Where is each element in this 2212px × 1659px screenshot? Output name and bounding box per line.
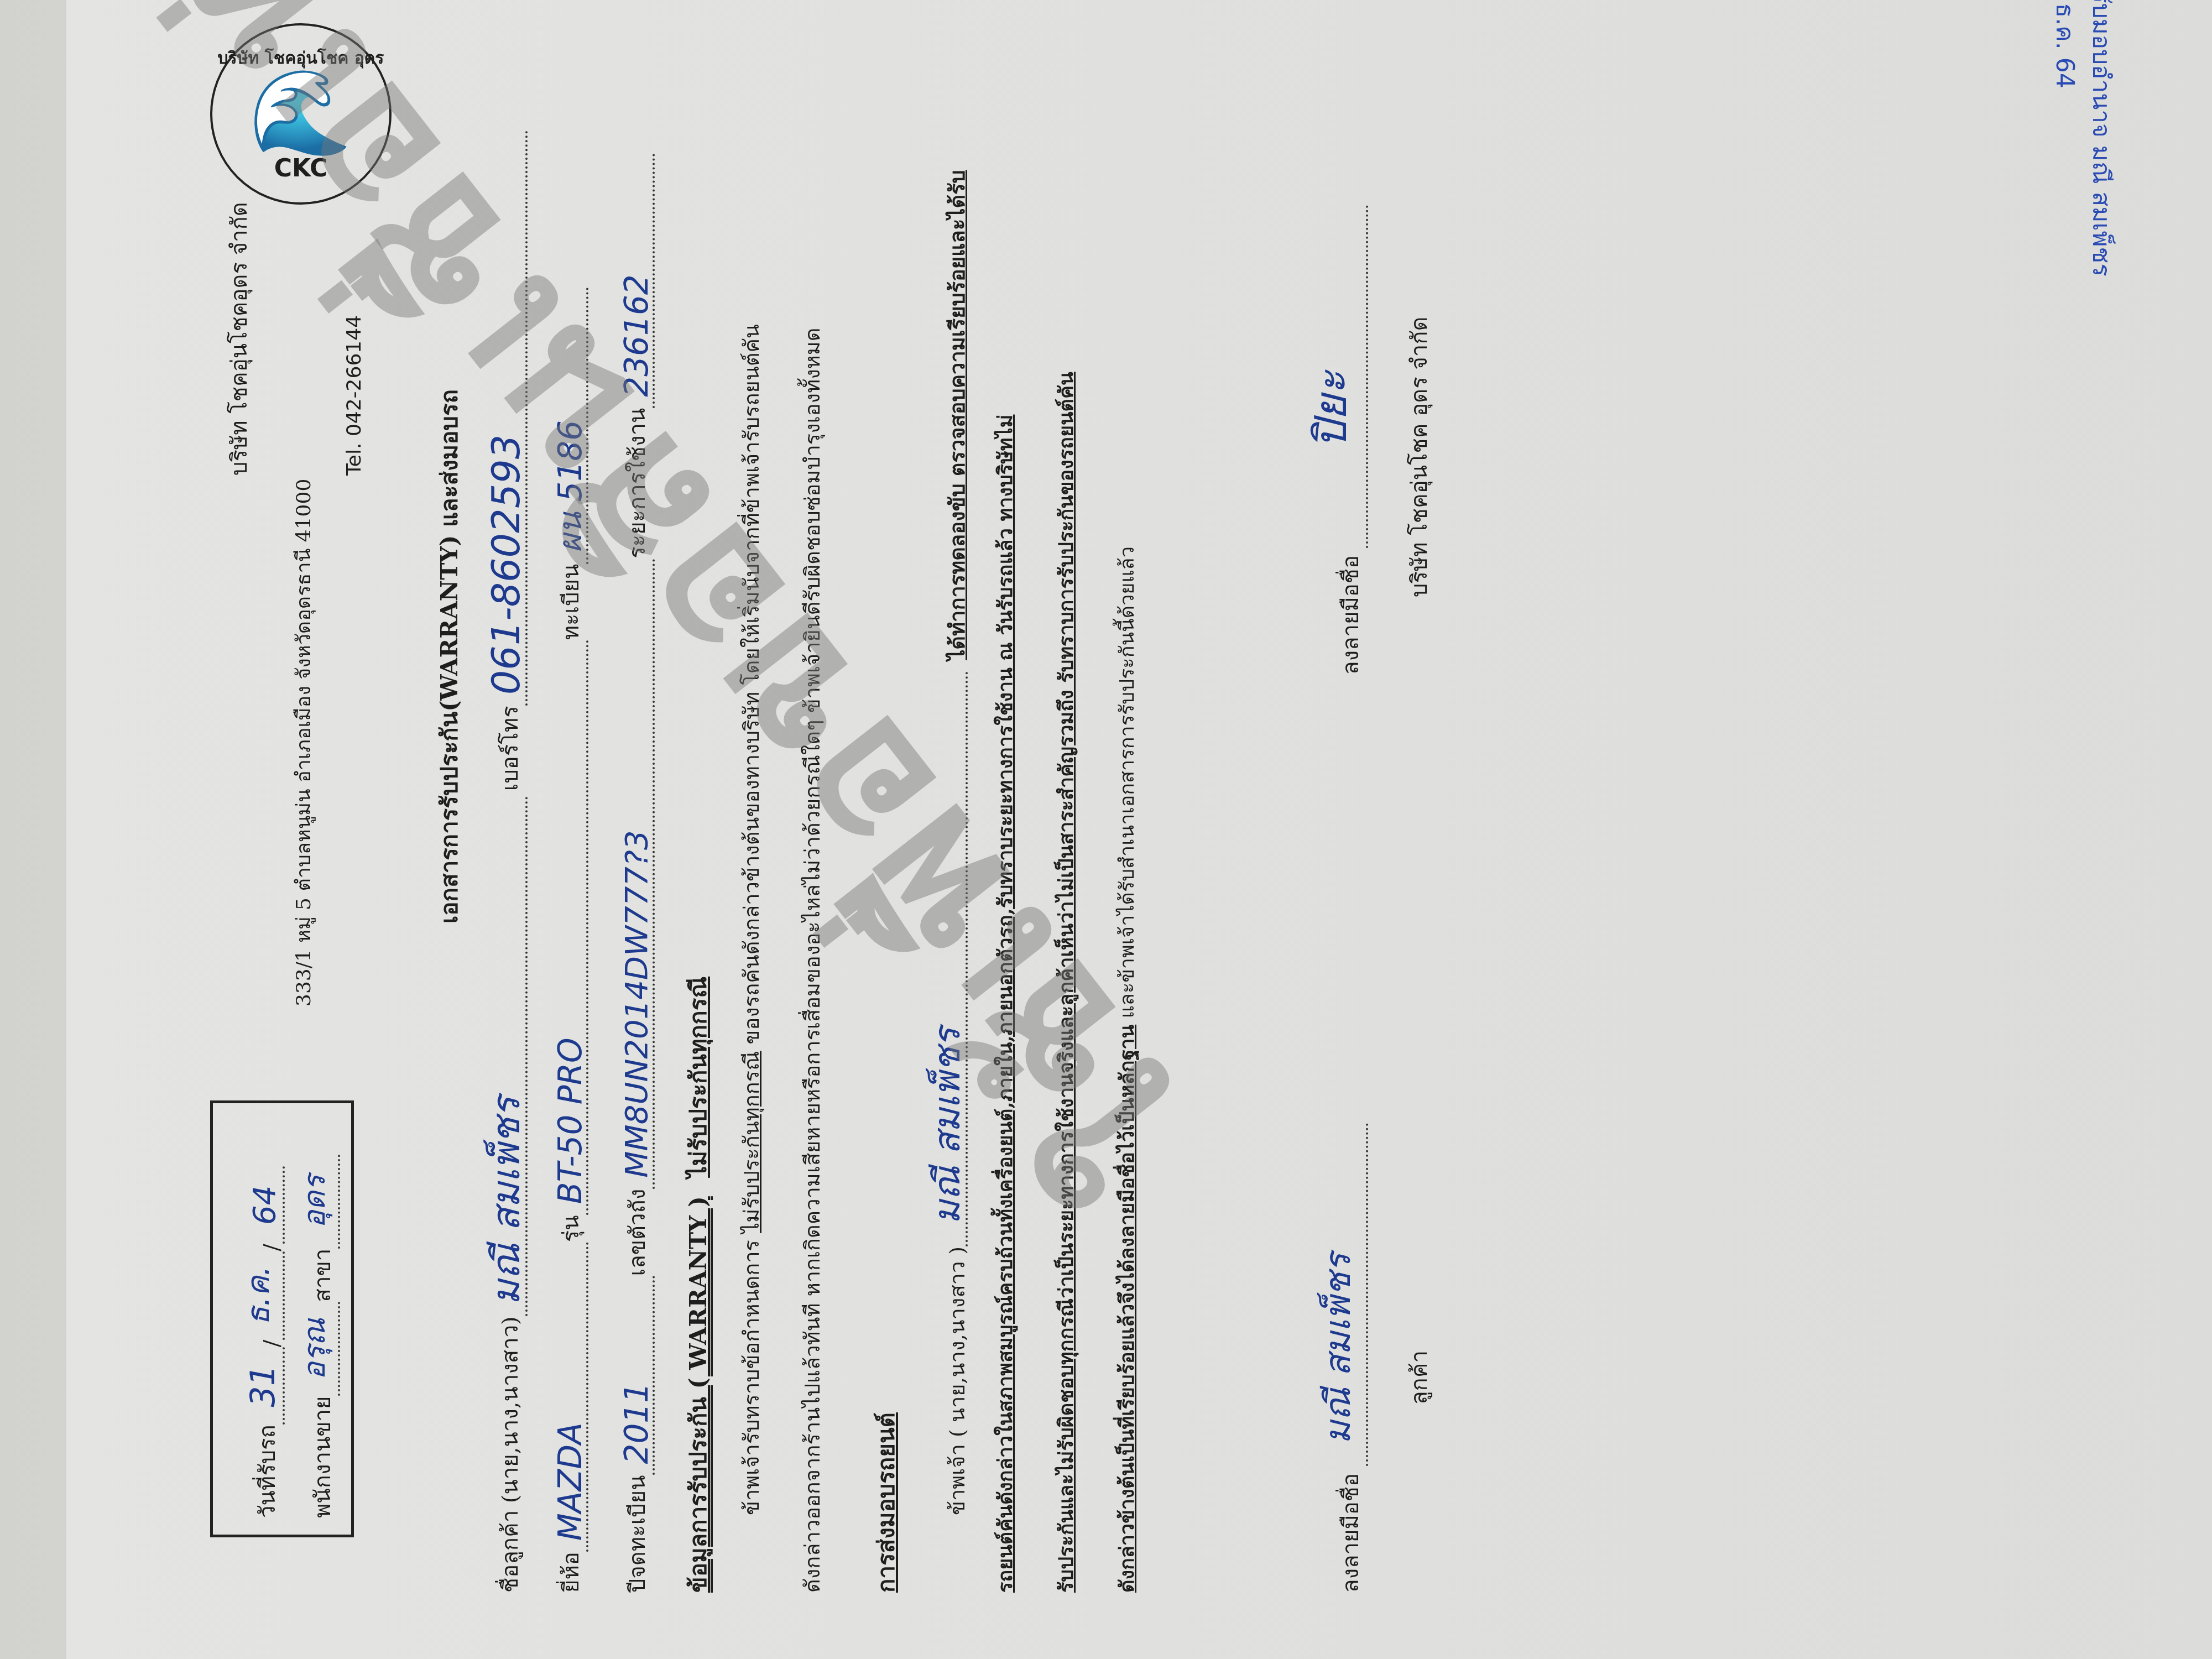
warranty-heading-row: ข้อมูลการรับประกัน ( WARRANTY ) ไม่รับปร…: [680, 977, 717, 1593]
brand-field[interactable]: MAZDA: [554, 1242, 588, 1552]
authorization-stamp: ลงชื่อ ผู้รับมอบอำนาจ มณี สมเพ็ชร วันที่…: [2046, 0, 2119, 276]
delivery-heading: การส่งมอบรถยนต์: [868, 1412, 905, 1593]
warranty-line-1-underlined: ไม่รับประกันทุกกรณี: [739, 1051, 764, 1233]
customer-signature: มณี สมเพ็ชร: [1310, 1253, 1366, 1444]
customer-name-field[interactable]: มณี สมเพ็ชร: [487, 796, 528, 1316]
received-year[interactable]: 64: [247, 1166, 285, 1244]
received-date-label: วันที่รับรถ: [249, 1425, 285, 1518]
customer-name-label: ชื่อลูกค้า (นาย,นาง,นางสาว): [492, 1316, 528, 1593]
salesperson-row: พนักงานขาย อรุณ สาขา อุดร: [285, 1120, 340, 1518]
branch-label: สาขา: [305, 1249, 340, 1302]
salesperson-value[interactable]: อรุณ: [290, 1302, 340, 1396]
brand-label: ยี่ห้อ: [553, 1552, 588, 1593]
delivery-intro: ข้าพเจ้า ( นาย,นาง,นางสาว ): [947, 1246, 968, 1515]
warranty-no-coverage-note: ไม่รับประกันทุกกรณี: [685, 977, 712, 1178]
stamp-line-1: ลงชื่อ ผู้รับมอบอำนาจ มณี สมเพ็ชร: [2083, 0, 2119, 276]
delivery-line-1-tail: ได้ทำการทดลองขับ ตรวจสอบความเรียบร้อยและ…: [947, 170, 968, 660]
salesperson-label: พนักงานขาย: [305, 1396, 340, 1518]
model-label: รุ่น: [553, 1215, 588, 1242]
receipt-date-box: วันที่รับรถ 31/ ธ.ค./ 64 พนักงานขาย อรุณ…: [210, 1100, 354, 1537]
company-sign-label: ลงลายมือชื่อ: [1338, 555, 1364, 675]
delivery-line-4: ดังกล่าวข้างต้นเป็นที่เรียบร้อยแล้วจึงได…: [1117, 44, 1138, 1593]
company-signature-block: ลงลายมือชื่อ ปิยะ บริษัท โชคอุ่นโชค อุดร…: [1333, 205, 1437, 675]
customer-role-label: ลูกค้า: [1401, 1123, 1437, 1405]
company-address: 333/1 หมู่ 5 ตำบลหนูม่น อำเภอเมือง จังหว…: [288, 479, 319, 1006]
phone-label: เบอร์โทร: [492, 706, 528, 791]
stamp-line-2: วันที่ 31 ธ.ค. 64: [2046, 0, 2083, 276]
model-field[interactable]: BT-50 PRO: [554, 640, 588, 1215]
customer-signature-field[interactable]: มณี สมเพ็ชร: [1338, 1123, 1368, 1466]
reg-year-field[interactable]: 2011: [620, 1276, 655, 1475]
received-date-row: วันที่รับรถ 31/ ธ.ค./ 64: [229, 1120, 285, 1518]
branch-value[interactable]: อุดร: [290, 1155, 340, 1249]
received-day[interactable]: 31: [244, 1347, 285, 1425]
warranty-heading: ข้อมูลการรับประกัน ( WARRANTY ): [685, 1196, 712, 1593]
company-signature: ปิยะ: [1296, 371, 1366, 449]
customer-sign-label: ลงลายมือชื่อ: [1338, 1473, 1364, 1593]
warranty-document: บริษัท โชคอุ่นโชค อุดร 🌊 CKC บริษัท โชคอ…: [66, 0, 2212, 1659]
received-month[interactable]: ธ.ค.: [233, 1251, 285, 1340]
company-role-label: บริษัท โชคอุ่นโชค อุดร จำกัด: [1401, 205, 1437, 597]
company-signature-field[interactable]: ปิยะ: [1338, 205, 1368, 548]
vin-label: เลขตัวถัง: [619, 1189, 655, 1276]
reg-year-label: ปีจดทะเบียน: [619, 1475, 655, 1593]
customer-signature-block: ลงลายมือชื่อ มณี สมเพ็ชร ลูกค้า: [1333, 1123, 1437, 1593]
warranty-line-1-start: ข้าพเจ้ารับทราบข้อกำหนดการ: [739, 1240, 764, 1515]
